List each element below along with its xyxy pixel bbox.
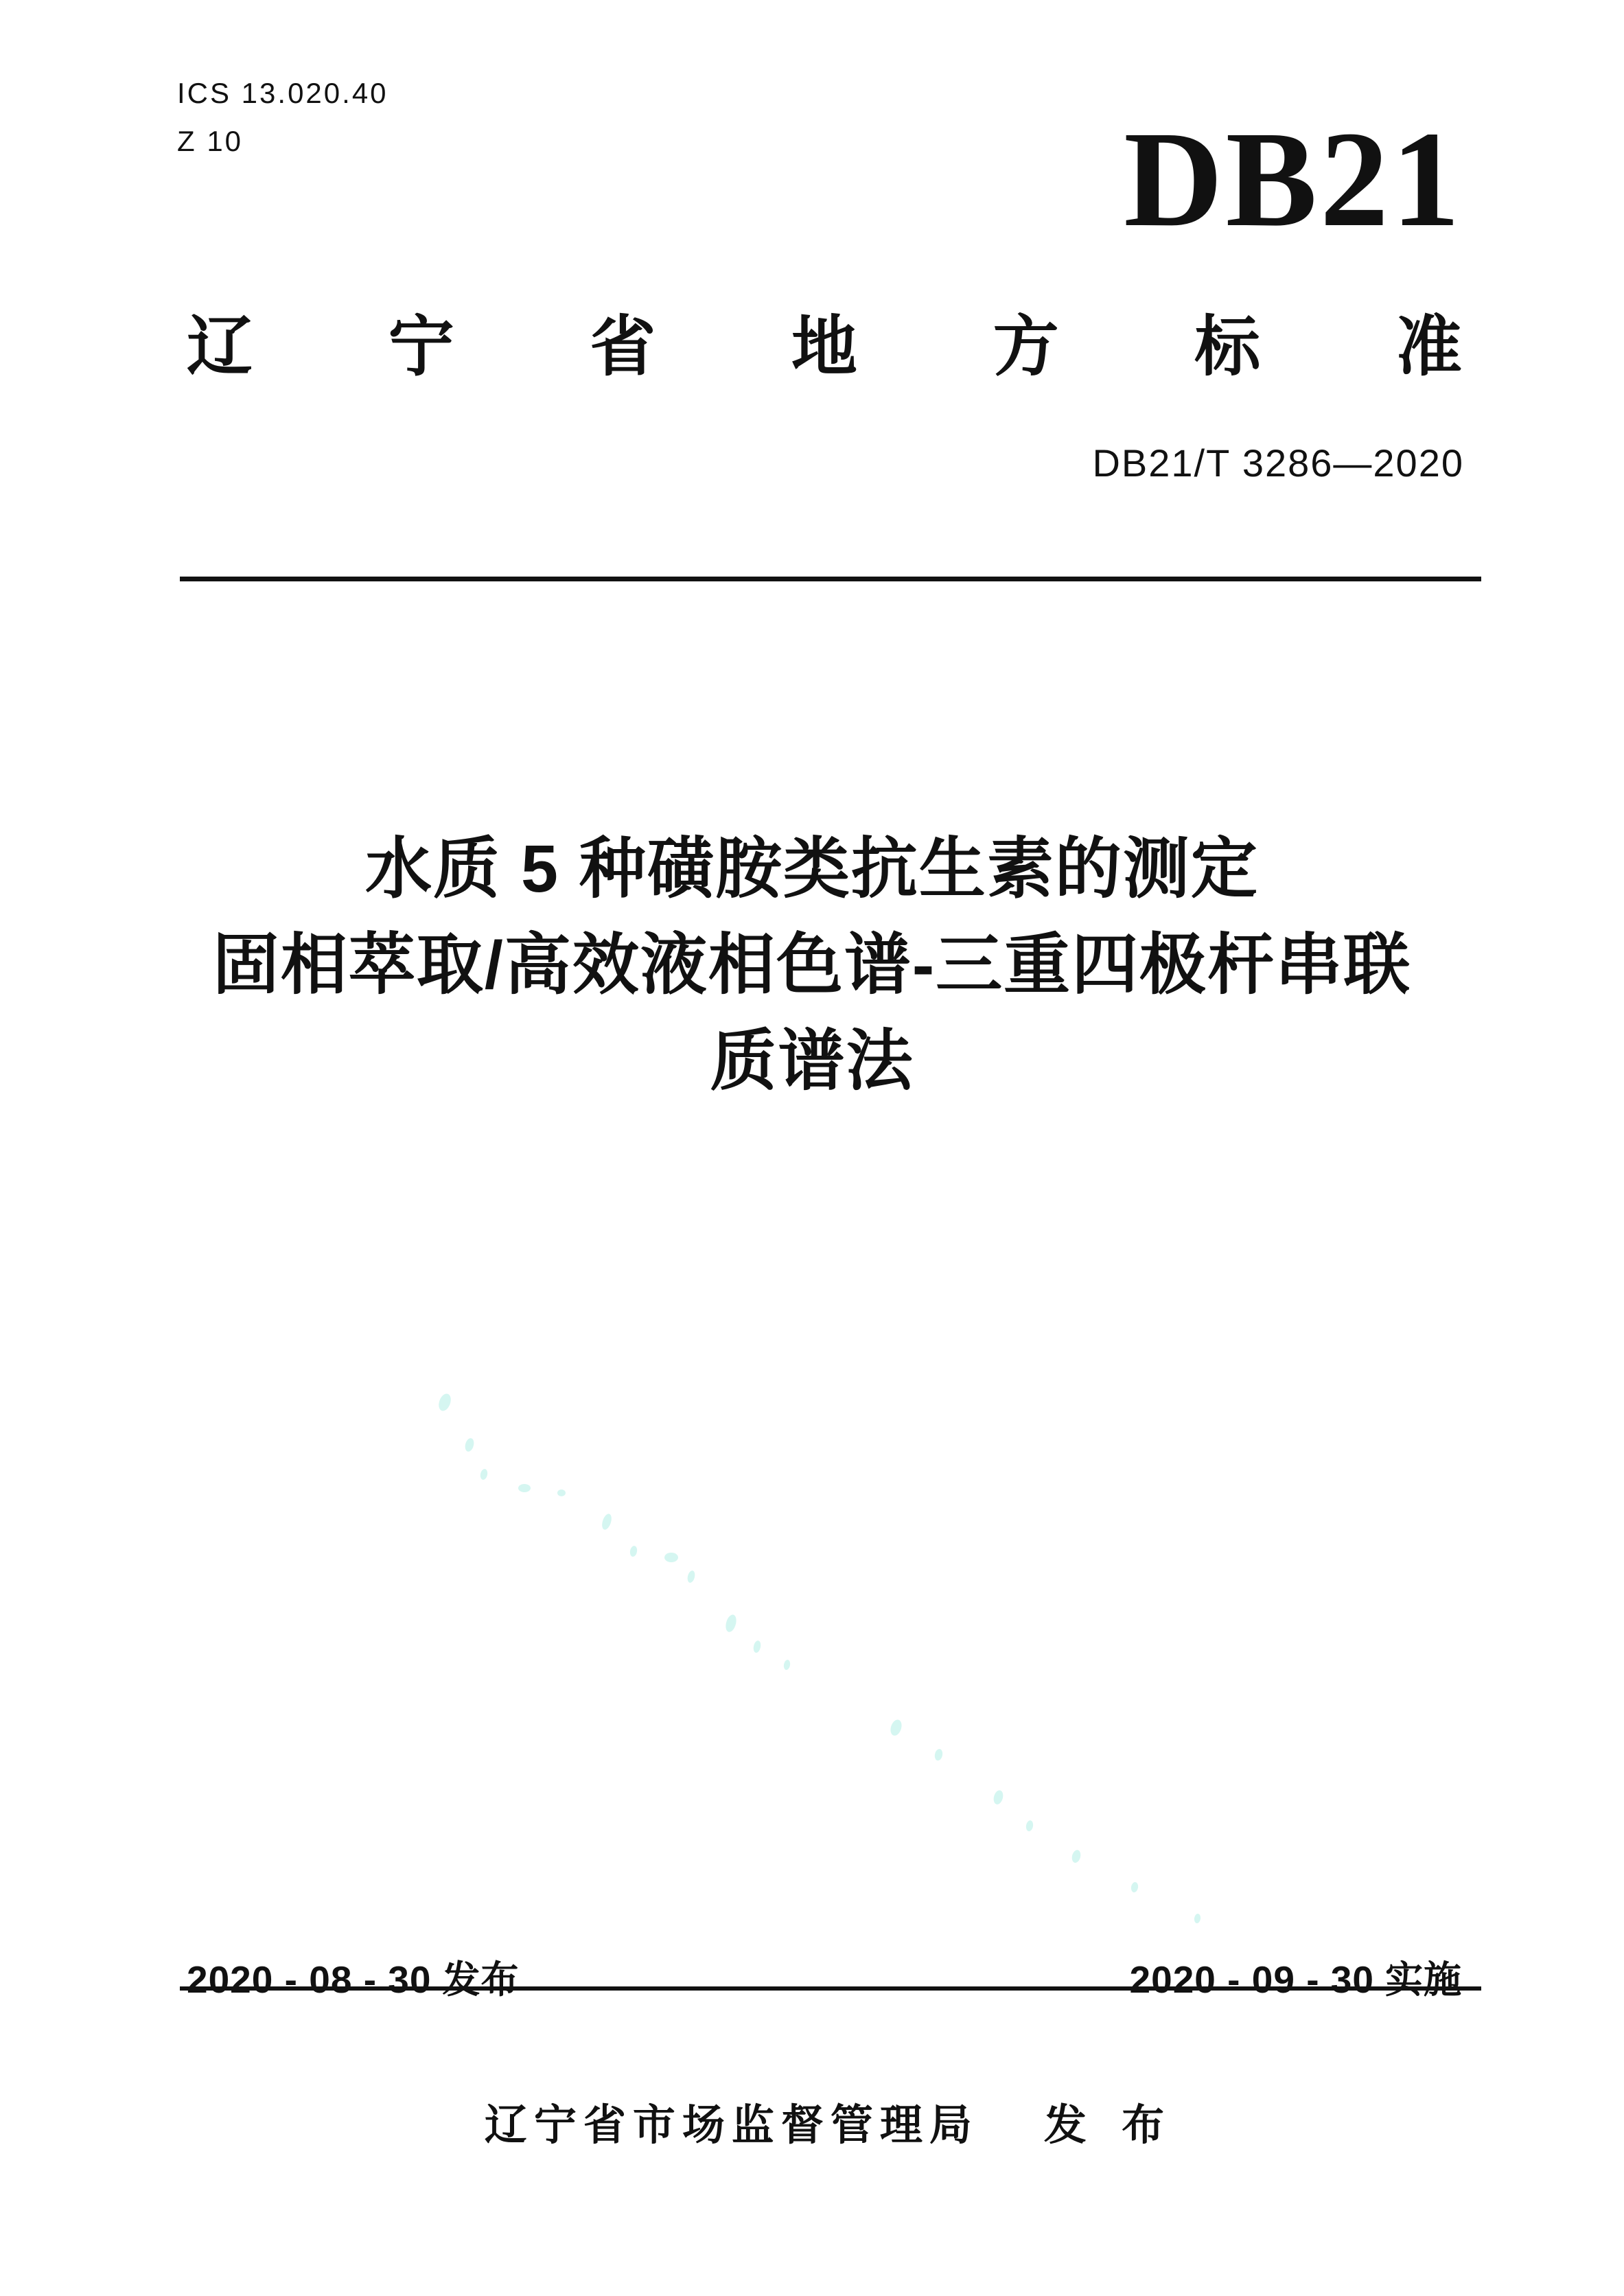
implement-date-label: 实施 (1385, 1958, 1462, 2001)
title-line-2: 固相萃取/高效液相色谱-三重四极杆串联 (153, 917, 1471, 1013)
issue-date-value: 2020 - 08 - 30 (187, 1958, 431, 2001)
watermark-speckle (601, 1513, 614, 1531)
ics-code: ICS 13.020.40 (177, 77, 388, 110)
watermark-speckle (1025, 1820, 1034, 1831)
watermark-speckle (557, 1489, 566, 1496)
standard-title: 水质 5 种磺胺类抗生素的测定 固相萃取/高效液相色谱-三重四极杆串联 质谱法 (153, 821, 1471, 1109)
watermark-speckle (686, 1570, 696, 1584)
watermark-speckle (518, 1484, 531, 1492)
watermark-speckle (1194, 1913, 1201, 1923)
issue-date: 2020 - 08 - 30发布 (187, 1949, 519, 2004)
db21-logo: DB21 (1124, 111, 1463, 248)
standard-type-char: 地 (791, 308, 857, 386)
title-line-3: 质谱法 (153, 1013, 1471, 1109)
document-page: ICS 13.020.40 Z 10 DB21 辽 宁 省 地 方 标 准 DB… (0, 0, 1624, 2296)
header-rule (180, 577, 1481, 581)
watermark-speckle (783, 1659, 791, 1670)
watermark-speckle (724, 1614, 739, 1634)
implement-date: 2020 - 09 - 30实施 (1130, 1949, 1462, 2004)
footer-rule (180, 1986, 1481, 1991)
standard-type-title: 辽 宁 省 地 方 标 准 (187, 308, 1462, 386)
watermark-speckle (629, 1545, 638, 1557)
watermark-speckle (1071, 1849, 1082, 1864)
title-line-1: 水质 5 种磺胺类抗生素的测定 (153, 821, 1471, 917)
standard-type-char: 宁 (388, 308, 454, 386)
standard-number: DB21/T 3286—2020 (1092, 441, 1464, 485)
watermark-speckle (479, 1468, 488, 1481)
watermark-speckle (889, 1718, 904, 1737)
watermark-speckle (933, 1748, 943, 1761)
watermark-speckle (1130, 1881, 1139, 1893)
watermark-speckle (752, 1640, 762, 1654)
classification-code: Z 10 (177, 125, 243, 158)
dates-row: 2020 - 08 - 30发布 2020 - 09 - 30实施 (187, 1949, 1462, 2004)
implement-date-value: 2020 - 09 - 30 (1130, 1958, 1374, 2001)
watermark-speckle (464, 1437, 476, 1452)
standard-type-char: 标 (1194, 308, 1260, 386)
watermark-speckle (664, 1553, 678, 1562)
publisher-name: 辽宁省市场监督管理局 (485, 2091, 979, 2152)
issue-date-label: 发布 (442, 1958, 519, 2001)
publish-label: 发 布 (1044, 2091, 1164, 2152)
standard-type-char: 准 (1396, 308, 1462, 386)
publisher-row: 辽宁省市场监督管理局 发 布 (187, 2091, 1462, 2152)
standard-type-char: 省 (590, 308, 656, 386)
standard-type-char: 方 (993, 308, 1059, 386)
watermark-speckle (993, 1789, 1005, 1806)
standard-type-char: 辽 (187, 308, 253, 386)
watermark-speckle (437, 1392, 453, 1413)
